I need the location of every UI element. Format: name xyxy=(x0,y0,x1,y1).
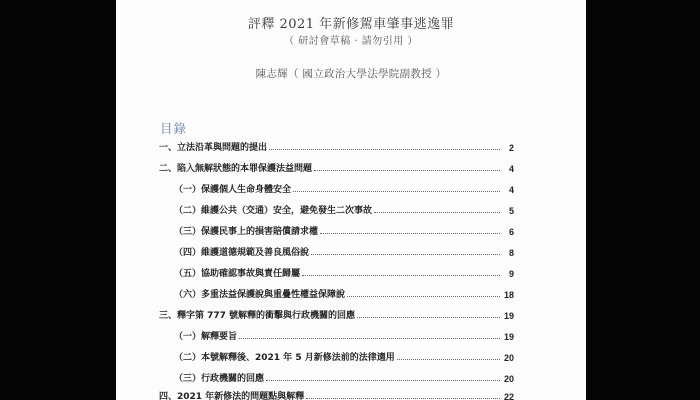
toc-entry-page: 20 xyxy=(500,353,514,363)
toc-entry-page: 8 xyxy=(500,248,514,258)
toc-entry-page: 19 xyxy=(500,311,514,321)
toc-entry-page: 19 xyxy=(500,332,514,342)
toc-entry[interactable]: 三、釋字第 777 號解釋的衝擊與行政機關的回應 19 xyxy=(116,305,586,321)
toc-leader-dots xyxy=(266,380,500,381)
toc-entry-label: （二）維護公共（交通）安全，避免發生二次事故 xyxy=(174,203,374,216)
toc-entry-label: （五）協助確認事故與責任歸屬 xyxy=(174,266,302,279)
toc-entry-page: 4 xyxy=(500,185,514,195)
toc-entry-label: （二）本號解釋後、2021 年 5 月新修法前的法律適用 xyxy=(174,350,397,363)
toc-leader-dots xyxy=(306,398,500,399)
toc-entry-page: 22 xyxy=(500,392,514,400)
document-page: 評釋 2021 年新修駕車肇事逃逸罪 （ 研討會草稿 · 請勿引用 ） 陳志輝（… xyxy=(116,0,586,400)
toc-entry-label: 四、2021 年新修法的問題點與解釋 xyxy=(159,389,306,400)
toc-entry[interactable]: （一）解釋要旨 19 xyxy=(116,326,586,342)
toc-entry-label: （六）多重法益保護說與重疊性權益保障說 xyxy=(174,287,347,300)
toc-leader-dots xyxy=(239,338,500,339)
toc-entry-label: 三、釋字第 777 號解釋的衝擊與行政機關的回應 xyxy=(159,308,357,321)
toc-leader-dots xyxy=(314,170,500,171)
toc-entry[interactable]: （三）行政機關的回應 20 xyxy=(116,368,586,384)
toc-entry[interactable]: （一）保護個人生命身體安全 4 xyxy=(116,179,586,195)
toc-entry-page: 2 xyxy=(500,143,514,153)
toc-leader-dots xyxy=(347,296,500,297)
toc-entry-page: 9 xyxy=(500,269,514,279)
toc-entry-label: （四）維護道德規範及善良風俗說 xyxy=(174,245,311,258)
toc-entry-label: （三）行政機關的回應 xyxy=(174,371,266,384)
toc-leader-dots xyxy=(357,317,500,318)
document-author: 陳志輝（ 國立政治大學法學院副教授 ） xyxy=(116,66,586,81)
toc-entry-label: 一、立法沿革與問題的提出 xyxy=(159,140,269,153)
toc-entry[interactable]: 二、陷入無解狀態的本罪保護法益問題 4 xyxy=(116,158,586,174)
toc-entry-page: 5 xyxy=(500,206,514,216)
toc-leader-dots xyxy=(311,254,500,255)
toc-entry[interactable]: 四、2021 年新修法的問題點與解釋 22 xyxy=(116,386,586,400)
toc-leader-dots xyxy=(397,359,500,360)
toc-leader-dots xyxy=(320,233,500,234)
toc-leader-dots xyxy=(269,149,500,150)
toc-entry-label: （一）保護個人生命身體安全 xyxy=(174,182,293,195)
toc-entry[interactable]: 一、立法沿革與問題的提出 2 xyxy=(116,137,586,153)
toc-entry[interactable]: （四）維護道德規範及善良風俗說 8 xyxy=(116,242,586,258)
toc-entry[interactable]: （二）本號解釋後、2021 年 5 月新修法前的法律適用 20 xyxy=(116,347,586,363)
toc-entry[interactable]: （五）協助確認事故與責任歸屬 9 xyxy=(116,263,586,279)
toc-heading: 目錄 xyxy=(160,119,187,137)
toc-entry-page: 4 xyxy=(500,164,514,174)
document-subtitle: （ 研討會草稿 · 請勿引用 ） xyxy=(116,32,586,47)
toc-entry-page: 6 xyxy=(500,227,514,237)
toc-leader-dots xyxy=(302,275,500,276)
document-title: 評釋 2021 年新修駕車肇事逃逸罪 xyxy=(116,13,586,32)
toc-entry[interactable]: （六）多重法益保護說與重疊性權益保障說 18 xyxy=(116,284,586,300)
toc-entry[interactable]: （三）保護民事上的損害賠償請求權 6 xyxy=(116,221,586,237)
toc-entry-page: 18 xyxy=(500,290,514,300)
toc-entry-page: 20 xyxy=(500,374,514,384)
toc-entry-label: （三）保護民事上的損害賠償請求權 xyxy=(174,224,320,237)
toc-leader-dots xyxy=(293,191,500,192)
toc-leader-dots xyxy=(374,212,500,213)
toc-entry-label: （一）解釋要旨 xyxy=(174,329,239,342)
toc-entry-label: 二、陷入無解狀態的本罪保護法益問題 xyxy=(159,161,314,174)
toc-entry[interactable]: （二）維護公共（交通）安全，避免發生二次事故 5 xyxy=(116,200,586,216)
